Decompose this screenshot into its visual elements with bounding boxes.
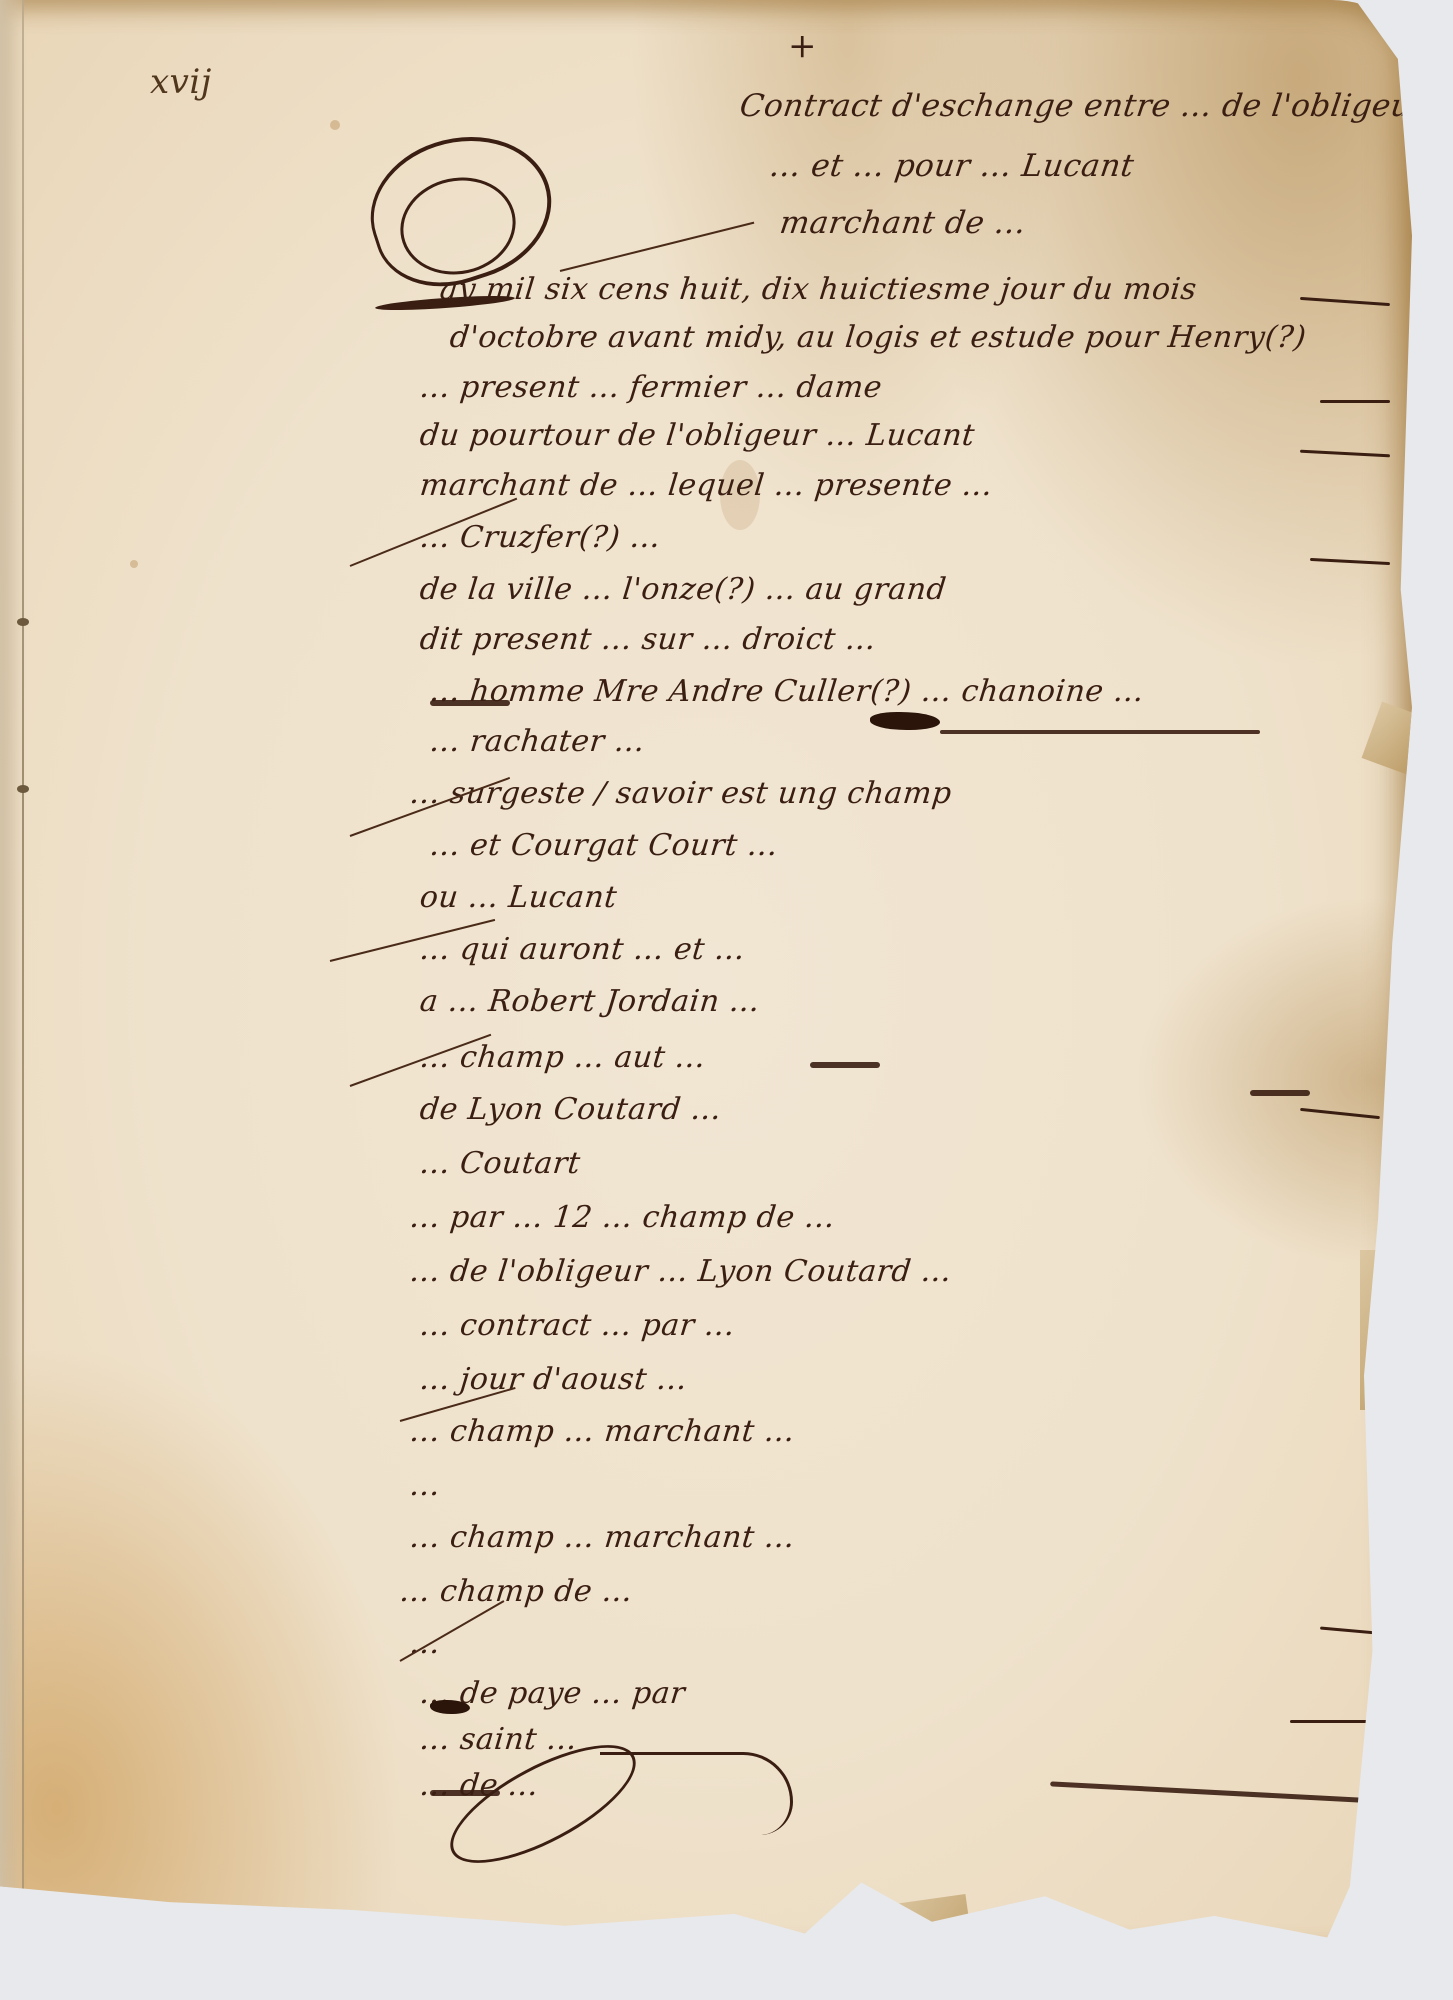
- body-line: ay mil six cens huit, dix huictiesme jou…: [438, 272, 1198, 307]
- line-filler-dash: [1320, 1627, 1400, 1637]
- line-filler-dash: [1300, 1108, 1380, 1119]
- line-filler-dash: [1320, 400, 1390, 403]
- line-filler-dash: [1290, 1720, 1380, 1723]
- torn-edge: [876, 1894, 973, 1966]
- binding-edge: [22, 0, 24, 1930]
- body-line: ... homme Mre Andre Culler(?) ... chanoi…: [428, 674, 1146, 709]
- body-line: ... champ ... marchant ...: [408, 1520, 796, 1555]
- body-line: ... champ de ...: [398, 1574, 634, 1609]
- scanned-page: xvij + Contract d'eschange entre ... de …: [0, 0, 1453, 2000]
- strikethrough: [430, 700, 510, 706]
- parchment-sheet: xvij + Contract d'eschange entre ... de …: [0, 0, 1412, 1965]
- binding-stitch: [17, 785, 29, 793]
- body-line: ... et Courgat Court ...: [428, 828, 779, 863]
- body-line: ... Coutart: [418, 1146, 582, 1181]
- body-line: ou ... Lucant: [418, 880, 619, 915]
- body-line: ... jour d'aoust ...: [418, 1362, 689, 1397]
- heading-line: marchant de ...: [777, 205, 1028, 241]
- body-line: ... Cruzfer(?) ...: [418, 520, 662, 555]
- ink-blot: [870, 712, 940, 730]
- body-line: ... surgeste / savoir est ung champ: [408, 776, 953, 811]
- body-line: de Lyon Coutard ...: [418, 1092, 723, 1127]
- strikethrough: [940, 730, 1260, 734]
- body-line: de la ville ... l'onze(?) ... au grand: [418, 572, 948, 607]
- body-line: ... contract ... par ...: [418, 1308, 736, 1343]
- binding-stitch: [17, 618, 29, 626]
- body-line: marchant de ... lequel ... presente ...: [418, 468, 994, 503]
- body-line: ...: [408, 1468, 442, 1503]
- body-line: ... rachater ...: [428, 724, 646, 759]
- strikethrough: [1250, 1090, 1310, 1096]
- line-filler-dash: [1300, 297, 1390, 306]
- body-line: du pourtour de l'obligeur ... Lucant: [418, 418, 976, 453]
- foxing-spot: [330, 120, 340, 130]
- torn-edge: [1362, 702, 1439, 779]
- heading-line: ... et ... pour ... Lucant: [767, 148, 1136, 184]
- foxing-spot: [130, 560, 138, 568]
- body-line: ... de l'obligeur ... Lyon Coutard ...: [408, 1254, 953, 1289]
- strikethrough: [1050, 1781, 1380, 1803]
- strikethrough: [810, 1062, 880, 1068]
- body-line: ... par ... 12 ... champ de ...: [408, 1200, 837, 1235]
- body-line: ... saint ...: [418, 1722, 579, 1757]
- line-filler-dash: [1310, 558, 1390, 565]
- body-line: ... champ ... marchant ...: [408, 1414, 796, 1449]
- signature-flourish-stroke: [600, 1752, 793, 1835]
- body-line: ... qui auront ... et ...: [418, 932, 747, 967]
- body-line: ...: [408, 1626, 442, 1661]
- body-line: dit present ... sur ... droict ...: [418, 622, 878, 657]
- body-line: ... present ... fermier ... dame: [418, 370, 884, 405]
- body-line: a ... Robert Jordain ...: [418, 984, 761, 1019]
- cross-mark: +: [788, 26, 817, 66]
- ink-blot: [1410, 640, 1430, 660]
- ink-blot: [430, 1700, 470, 1714]
- folio-number: xvij: [150, 62, 212, 102]
- marginal-flourish: [560, 222, 755, 272]
- binding-shadow: [0, 0, 24, 1930]
- line-filler-dash: [1300, 450, 1390, 458]
- torn-edge: [1360, 1250, 1405, 1410]
- body-line: d'octobre avant midy, au logis et estude…: [448, 320, 1308, 355]
- heading-line: Contract d'eschange entre ... de l'oblig…: [737, 88, 1429, 124]
